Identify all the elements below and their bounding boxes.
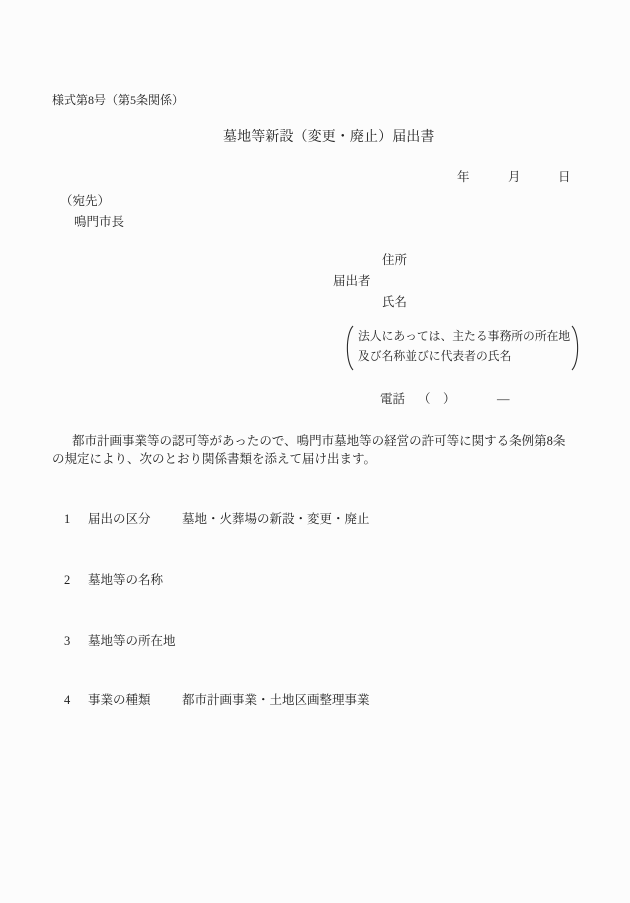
item-label: 墓地等の名称 [88,574,163,587]
date-month-label: 月 [508,171,521,184]
item-label: 墓地等の所在地 [88,635,176,648]
phone-dash: ― [497,393,510,406]
document-title: 墓地等新設（変更・廃止）届出書 [223,131,435,145]
item-number: 2 [64,574,70,587]
date-day-label: 日 [558,171,571,184]
phone-open-paren: （ [418,393,431,406]
form-number: 様式第8号（第5条関係） [52,94,184,106]
addressee-name: 鳴門市長 [74,216,124,229]
declarant-label: 届出者 [333,275,371,288]
corporate-note-bracket-left-icon [342,325,355,371]
item-number: 3 [64,635,70,648]
body-paragraph-line1: 都市計画事業等の認可等があったので、鳴門市墓地等の経営の許可等に関する条例第8条 [52,435,565,448]
phone-label: 電話 [380,393,405,406]
phone-close-paren: ） [443,393,456,406]
item-value: 都市計画事業・土地区画整理事業 [182,694,370,707]
body-paragraph-line2: の規定により、次のとおり関係書類を添えて届け出ます。 [52,453,376,466]
item-number: 1 [64,513,70,526]
corporate-note-bracket-right-icon [570,325,583,371]
document-page: 様式第8号（第5条関係） 墓地等新設（変更・廃止）届出書 年 月 日 （宛先） … [0,0,630,903]
item-label: 届出の区分 [88,513,151,526]
date-year-label: 年 [457,171,470,184]
addressee-prefix: （宛先） [60,195,110,208]
item-number: 4 [64,694,70,707]
corporate-note-line2: 及び名称並びに代表者の氏名 [358,351,511,363]
item-label: 事業の種類 [88,694,151,707]
corporate-note-line1: 法人にあっては、主たる事務所の所在地 [358,331,570,343]
declarant-address-label: 住所 [382,254,407,267]
declarant-name-label: 氏名 [382,296,407,309]
item-value: 墓地・火葬場の新設・変更・廃止 [182,513,370,526]
